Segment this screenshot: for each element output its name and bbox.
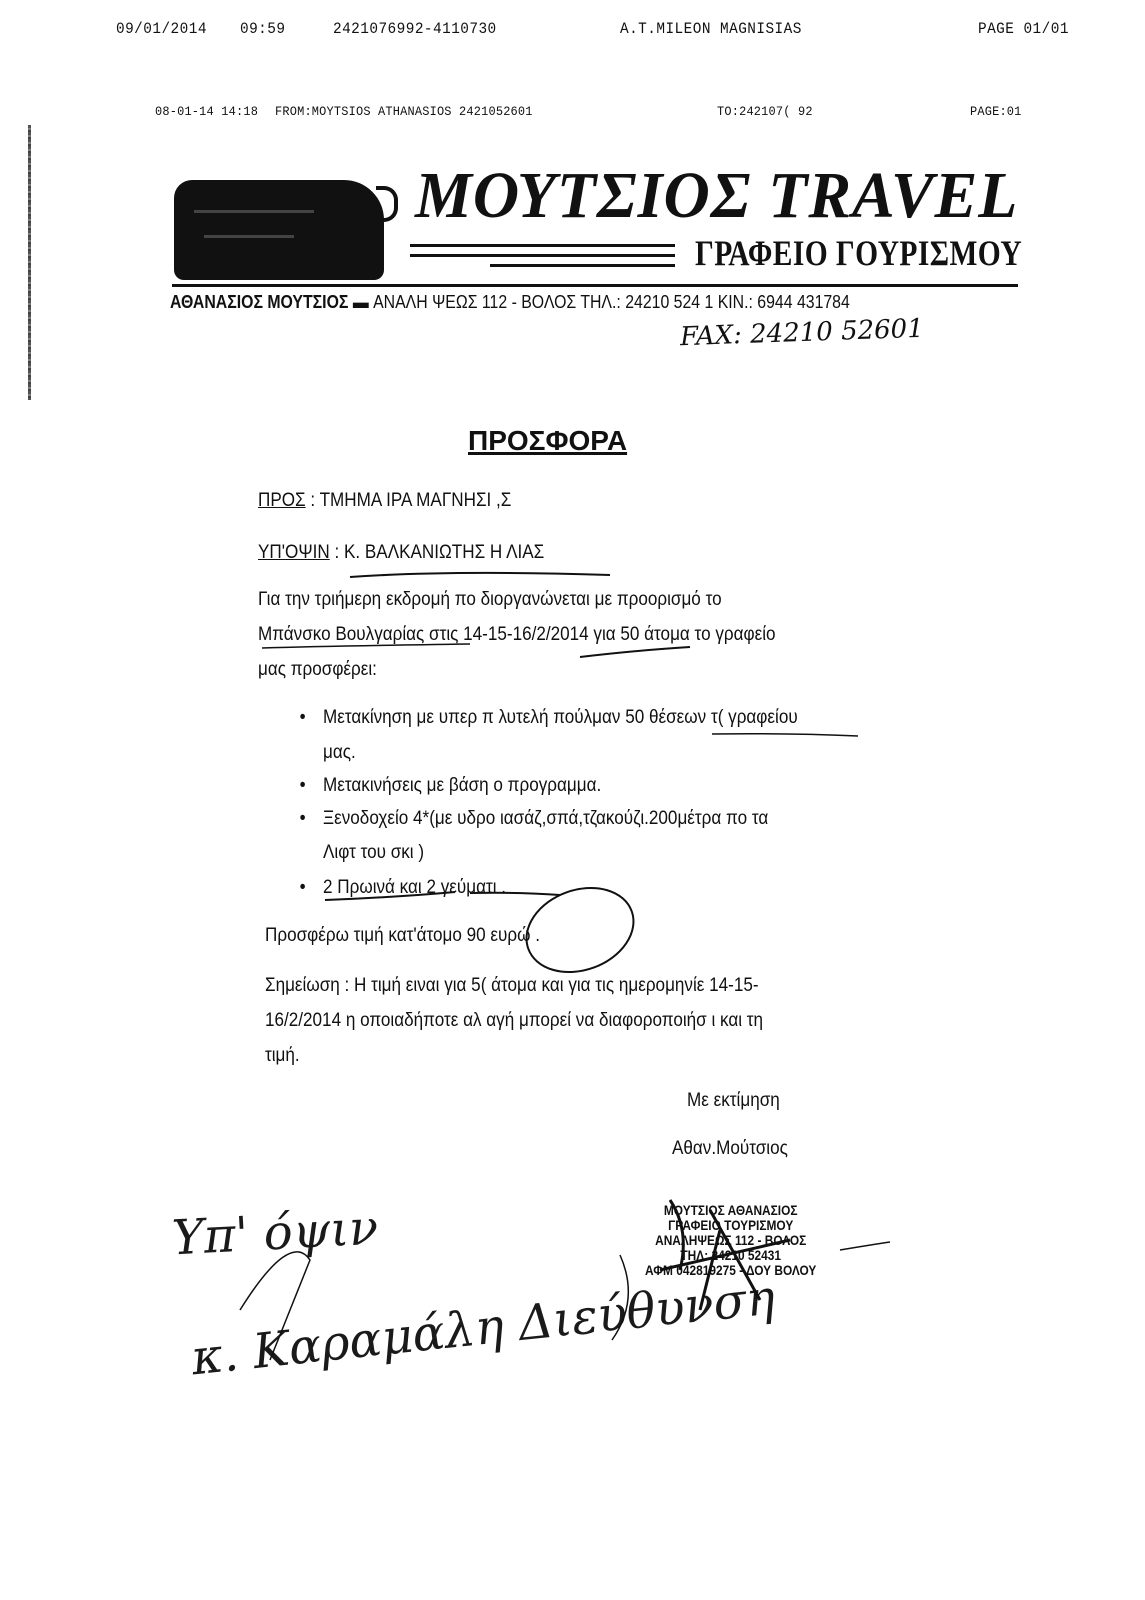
pen-marks bbox=[0, 0, 1145, 1600]
